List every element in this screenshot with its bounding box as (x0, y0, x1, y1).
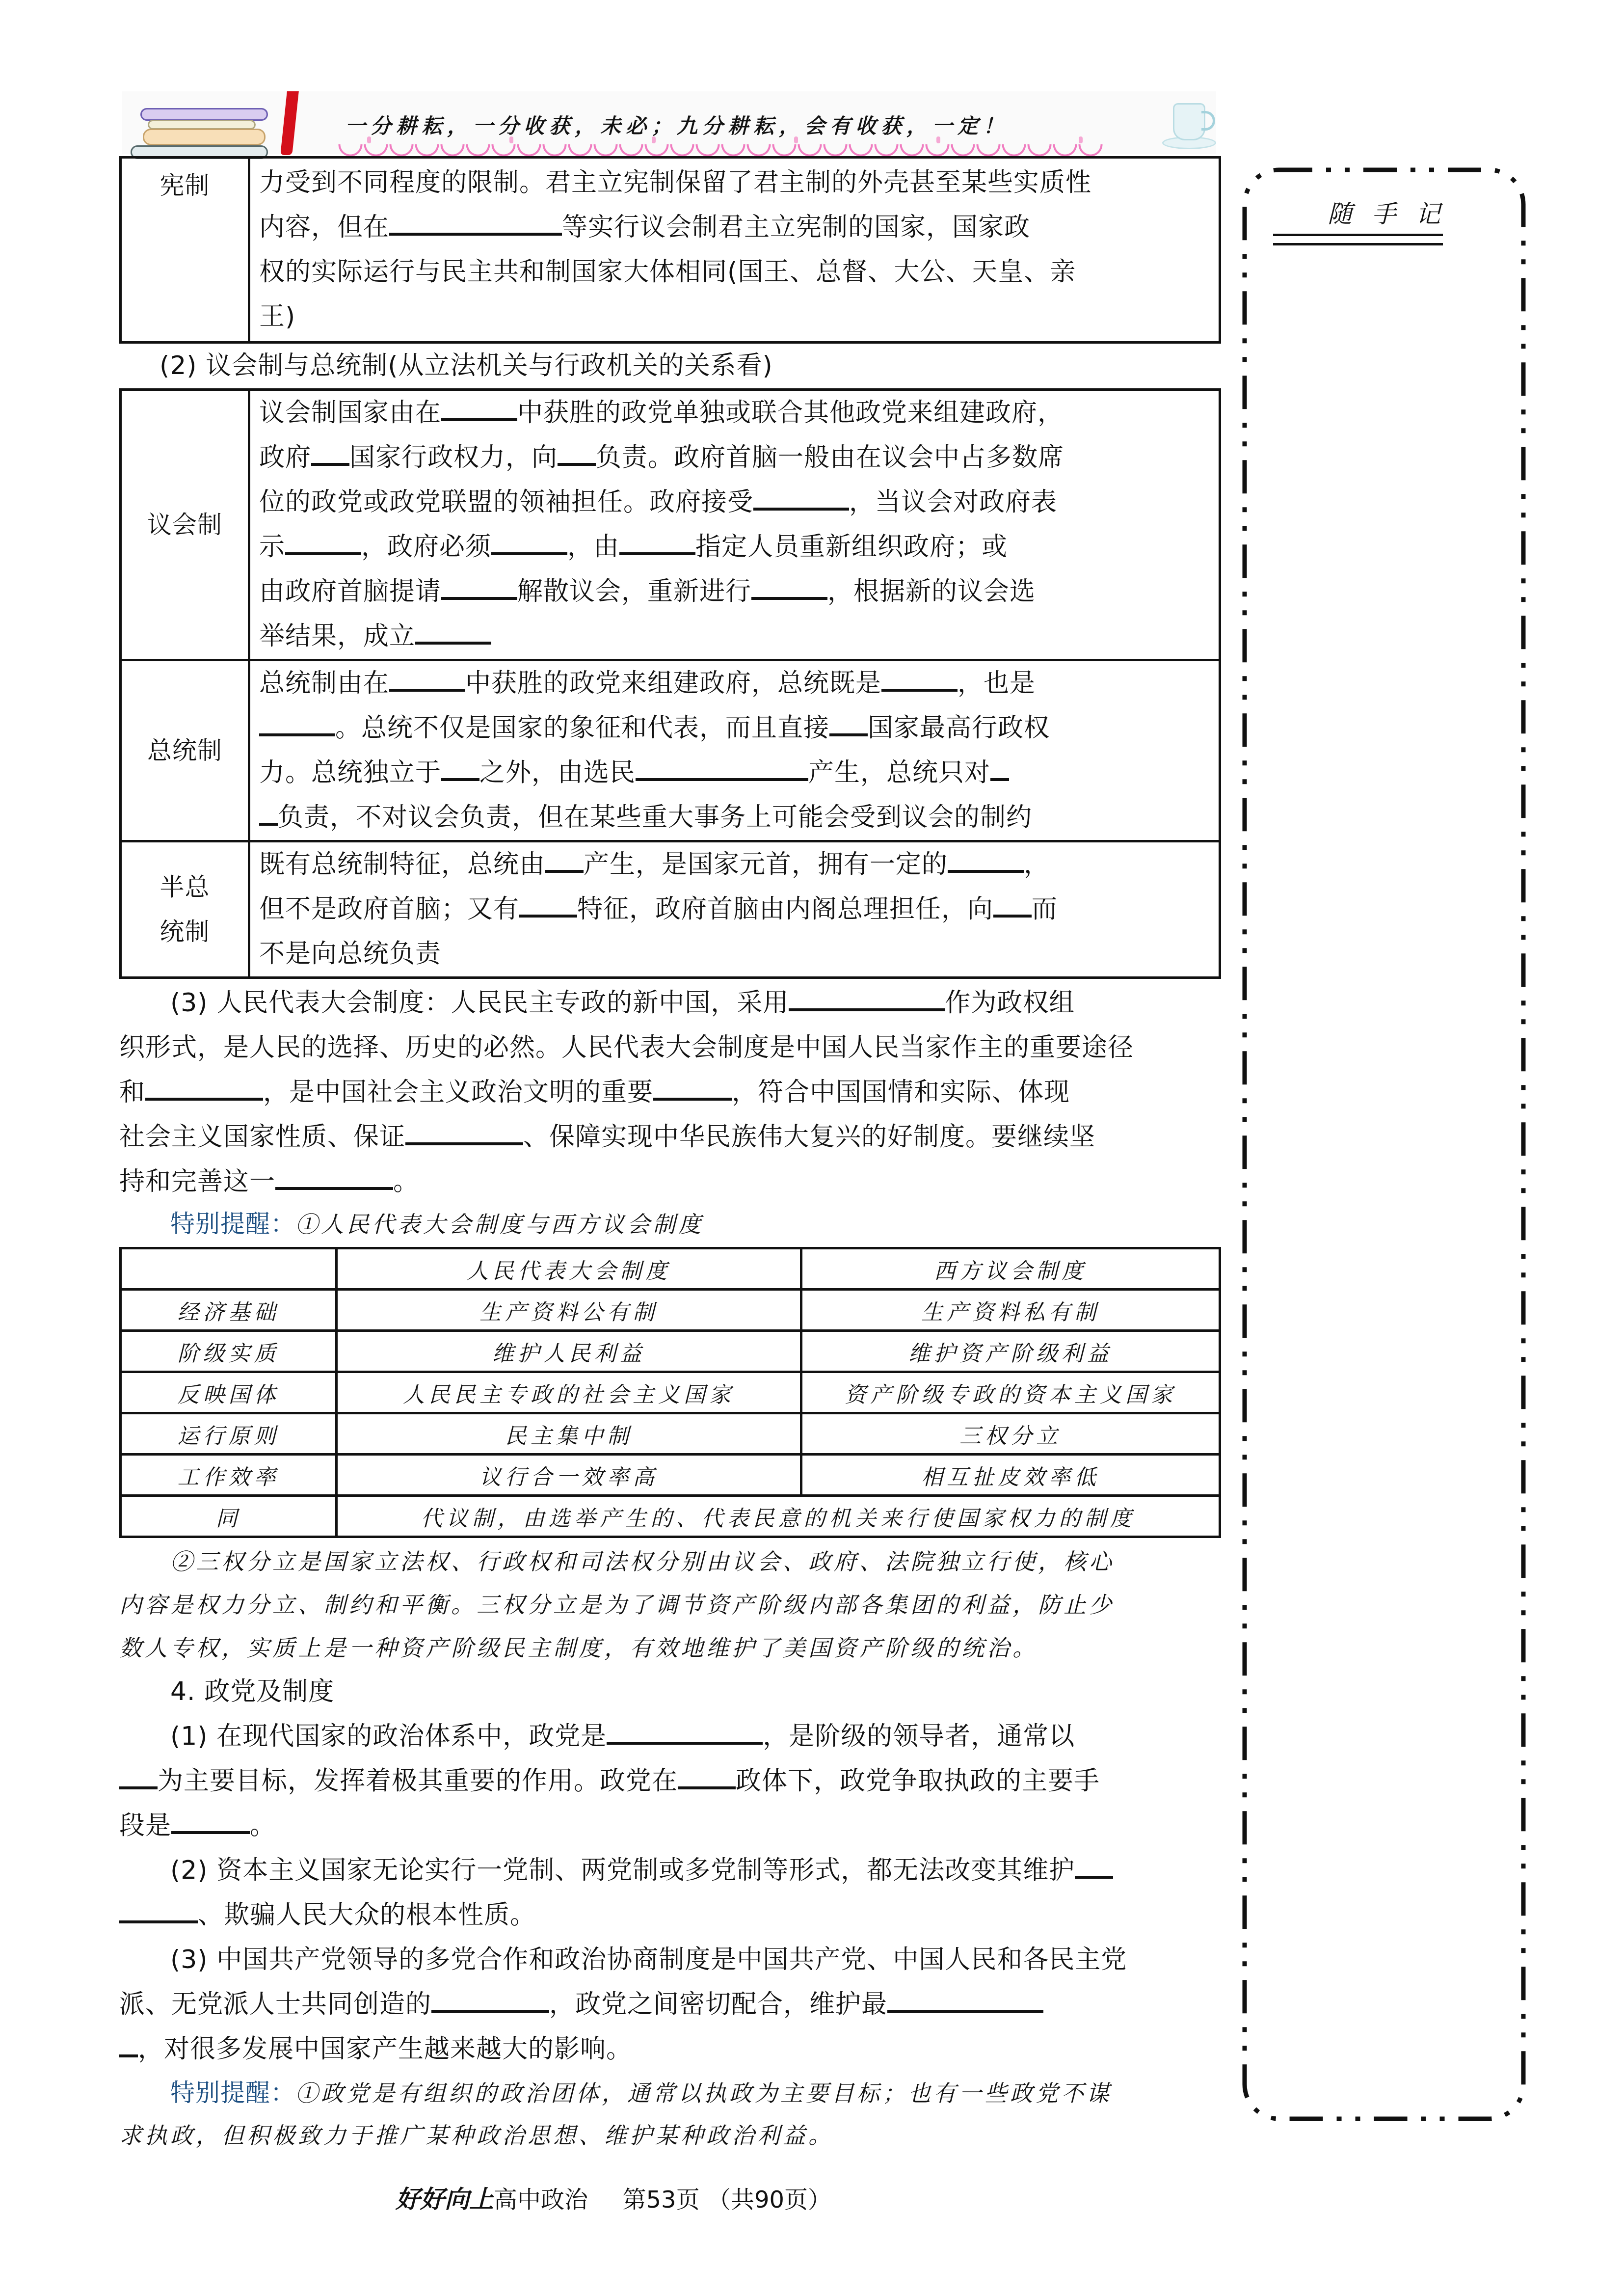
fill-blank[interactable] (607, 1715, 763, 1745)
column-header: 西方议会制度 (801, 1248, 1220, 1290)
fill-blank[interactable] (275, 1161, 393, 1190)
comparison-table: 人民代表大会制度 西方议会制度 经济基础生产资料公有制生产资料私有制 阶级实质维… (119, 1247, 1221, 1538)
fill-blank[interactable] (789, 982, 945, 1011)
fill-blank[interactable] (558, 436, 596, 466)
fill-blank[interactable] (259, 707, 335, 736)
parties-paragraph-3: (3) 中国共产党领导的多党合作和政治协商制度是中国共产党、中国人民和各民主党 … (119, 1938, 1221, 2072)
fill-blank[interactable] (389, 662, 465, 692)
parliamentary-presidential-table: 议会制 议会制国家由在中获胜的政党单独或联合其他政党来组建政府， 政府国家行政权… (119, 388, 1221, 979)
section-heading: 4. 政党及制度 (119, 1670, 1221, 1714)
table-row: 议会制 议会制国家由在中获胜的政党单独或联合其他政党来组建政府， 政府国家行政权… (121, 390, 1220, 660)
books-icon (126, 96, 273, 155)
fill-blank[interactable] (519, 888, 577, 918)
page-number: 第53页 (623, 2186, 700, 2214)
table-row: 工作效率议行合一效率高相互扯皮效率低 (121, 1455, 1220, 1496)
fill-blank[interactable] (259, 796, 278, 826)
scallop-border (338, 144, 1103, 157)
reminder-2: 特别提醒：①政党是有组织的政治团体，通常以执政为主要目标；也有一些政党不谋 求执… (119, 2072, 1221, 2157)
ruler-icon (280, 91, 299, 155)
fill-blank[interactable] (145, 1071, 263, 1101)
notes-title: 随手记 (1241, 194, 1527, 230)
teacup-icon (1162, 98, 1216, 153)
row-body: 议会制国家由在中获胜的政党单独或联合其他政党来组建政府， 政府国家行政权力，向负… (249, 390, 1220, 660)
table-row: 宪制 力受到不同程度的限制。君主立宪制保留了君主制的外壳甚至某些实质性 内容，但… (121, 158, 1220, 343)
separation-of-powers-note: ②三权分立是国家立法权、行政权和司法权分别由议会、政府、法院独立行使，核心 内容… (119, 1540, 1221, 1670)
fill-blank[interactable] (491, 526, 567, 555)
fill-blank[interactable] (619, 526, 695, 555)
fill-blank[interactable] (678, 1760, 736, 1789)
table-row: 阶级实质维护人民利益维护资产阶级利益 (121, 1331, 1220, 1372)
fill-blank[interactable] (751, 570, 827, 600)
fill-blank[interactable] (119, 2028, 138, 2057)
page-total: （共90页） (707, 2186, 831, 2214)
fill-blank[interactable] (636, 752, 808, 781)
fill-blank[interactable] (829, 707, 868, 736)
table-row: 运行原则民主集中制三权分立 (121, 1413, 1220, 1455)
fill-blank[interactable] (753, 481, 849, 511)
fill-blank[interactable] (948, 843, 1024, 873)
table-row: 同代议制，由选举产生的、代表民意的机关来行使国家权力的制度 (121, 1496, 1220, 1537)
table-row: 总统制 总统制由在中获胜的政党来组建政府，总统既是，也是 。总统不仅是国家的象征… (121, 660, 1220, 841)
fill-blank[interactable] (441, 392, 517, 421)
fill-blank[interactable] (311, 436, 349, 466)
table-row: 半总 统制 既有总统制特征，总统由产生，是国家元首，拥有一定的， 但不是政府首脑… (121, 841, 1220, 978)
fill-blank[interactable] (431, 1983, 549, 2013)
header-motto: 一分耕耘，一分收获，未必；九分耕耘，会有收获，一定！ (345, 110, 1009, 139)
row-label: 半总 统制 (121, 841, 249, 978)
dash-dot-border (1241, 165, 1527, 2124)
fill-blank[interactable] (441, 752, 479, 781)
footer-brand: 好好向上 (396, 2185, 494, 2214)
column-header: 人民代表大会制度 (337, 1248, 801, 1290)
header-banner: 一分耕耘，一分收获，未必；九分耕耘，会有收获，一定！ (122, 91, 1216, 154)
fill-blank[interactable] (119, 1760, 158, 1789)
row-label: 宪制 (121, 158, 249, 343)
notes-panel[interactable]: 随手记 (1241, 165, 1527, 2124)
constitutional-table: 宪制 力受到不同程度的限制。君主立宪制保留了君主制的外壳甚至某些实质性 内容，但… (119, 156, 1221, 344)
table-row: 经济基础生产资料公有制生产资料私有制 (121, 1290, 1220, 1331)
npc-paragraph: (3) 人民代表大会制度：人民民主专政的新中国，采用作为政权组 织形式，是人民的… (119, 981, 1221, 1204)
fill-blank[interactable] (887, 1983, 1043, 2013)
fill-blank[interactable] (1075, 1849, 1113, 1879)
row-body: 总统制由在中获胜的政党来组建政府，总统既是，也是 。总统不仅是国家的象征和代表，… (249, 660, 1220, 841)
section-heading: (2) 议会制与总统制(从立法机关与行政机关的关系看) (119, 344, 1221, 388)
fill-blank[interactable] (990, 752, 1009, 781)
table-header-row: 人民代表大会制度 西方议会制度 (121, 1248, 1220, 1290)
reminder-heading: 特别提醒：①人民代表大会制度与西方议会制度 (119, 1204, 1221, 1244)
fill-blank[interactable] (415, 615, 491, 645)
double-rule (1273, 234, 1443, 245)
page-footer: 好好向上高中政治 第53页 （共90页） (0, 2180, 1227, 2215)
footer-subject: 高中政治 (494, 2186, 588, 2214)
reminder-label: 特别提醒： (170, 2079, 295, 2107)
fill-blank[interactable] (171, 1805, 250, 1834)
fill-blank[interactable] (993, 888, 1032, 918)
row-label: 总统制 (121, 660, 249, 841)
reminder-label: 特别提醒： (170, 1210, 295, 1238)
fill-blank[interactable] (389, 206, 562, 236)
fill-blank[interactable] (653, 1071, 732, 1101)
parties-paragraph-1: (1) 在现代国家的政治体系中，政党是，是阶级的领导者，通常以 为主要目标，发挥… (119, 1714, 1221, 1848)
fill-blank[interactable] (285, 526, 361, 555)
table-row: 反映国体人民民主专政的社会主义国家资产阶级专政的资本主义国家 (121, 1372, 1220, 1413)
fill-blank[interactable] (405, 1116, 523, 1145)
row-label: 议会制 (121, 390, 249, 660)
fill-blank[interactable] (881, 662, 958, 692)
fill-blank[interactable] (545, 843, 584, 873)
main-content: 宪制 力受到不同程度的限制。君主立宪制保留了君主制的外壳甚至某些实质性 内容，但… (119, 156, 1221, 2157)
row-body: 既有总统制特征，总统由产生，是国家元首，拥有一定的， 但不是政府首脑；又有特征，… (249, 841, 1220, 978)
fill-blank[interactable] (441, 570, 517, 600)
fill-blank[interactable] (119, 1894, 198, 1923)
parties-paragraph-2: (2) 资本主义国家无论实行一党制、两党制或多党制等形式，都无法改变其维护 、欺… (119, 1848, 1221, 1938)
row-body: 力受到不同程度的限制。君主立宪制保留了君主制的外壳甚至某些实质性 内容，但在等实… (249, 158, 1220, 343)
